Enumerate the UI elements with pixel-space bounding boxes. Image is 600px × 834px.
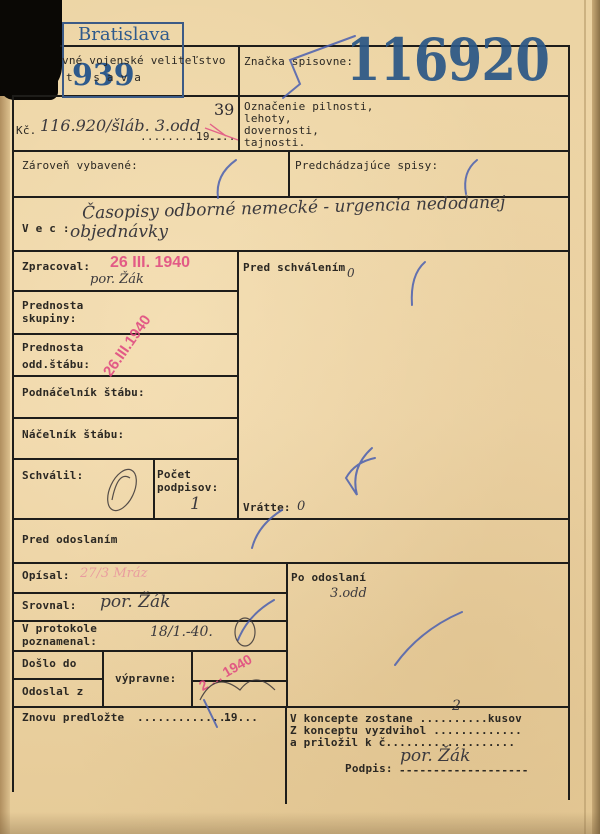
pencil-marks: [0, 0, 600, 834]
check-mark-icon: [465, 160, 477, 194]
check-mark-icon: [204, 700, 217, 727]
protocol-mark-icon: [235, 618, 255, 646]
check-mark-icon: [346, 448, 375, 495]
approval-signature-icon: [102, 465, 142, 515]
approval-signature-icon: [112, 476, 130, 500]
dispatch-signature-icon: [200, 680, 275, 700]
check-mark-icon: [238, 600, 274, 640]
check-mark-icon: [412, 262, 425, 305]
check-mark-icon: [283, 36, 355, 98]
check-mark-icon: [395, 612, 462, 665]
check-mark-icon: [218, 160, 236, 198]
red-strike-icon: [205, 128, 238, 140]
check-mark-icon: [252, 510, 282, 548]
